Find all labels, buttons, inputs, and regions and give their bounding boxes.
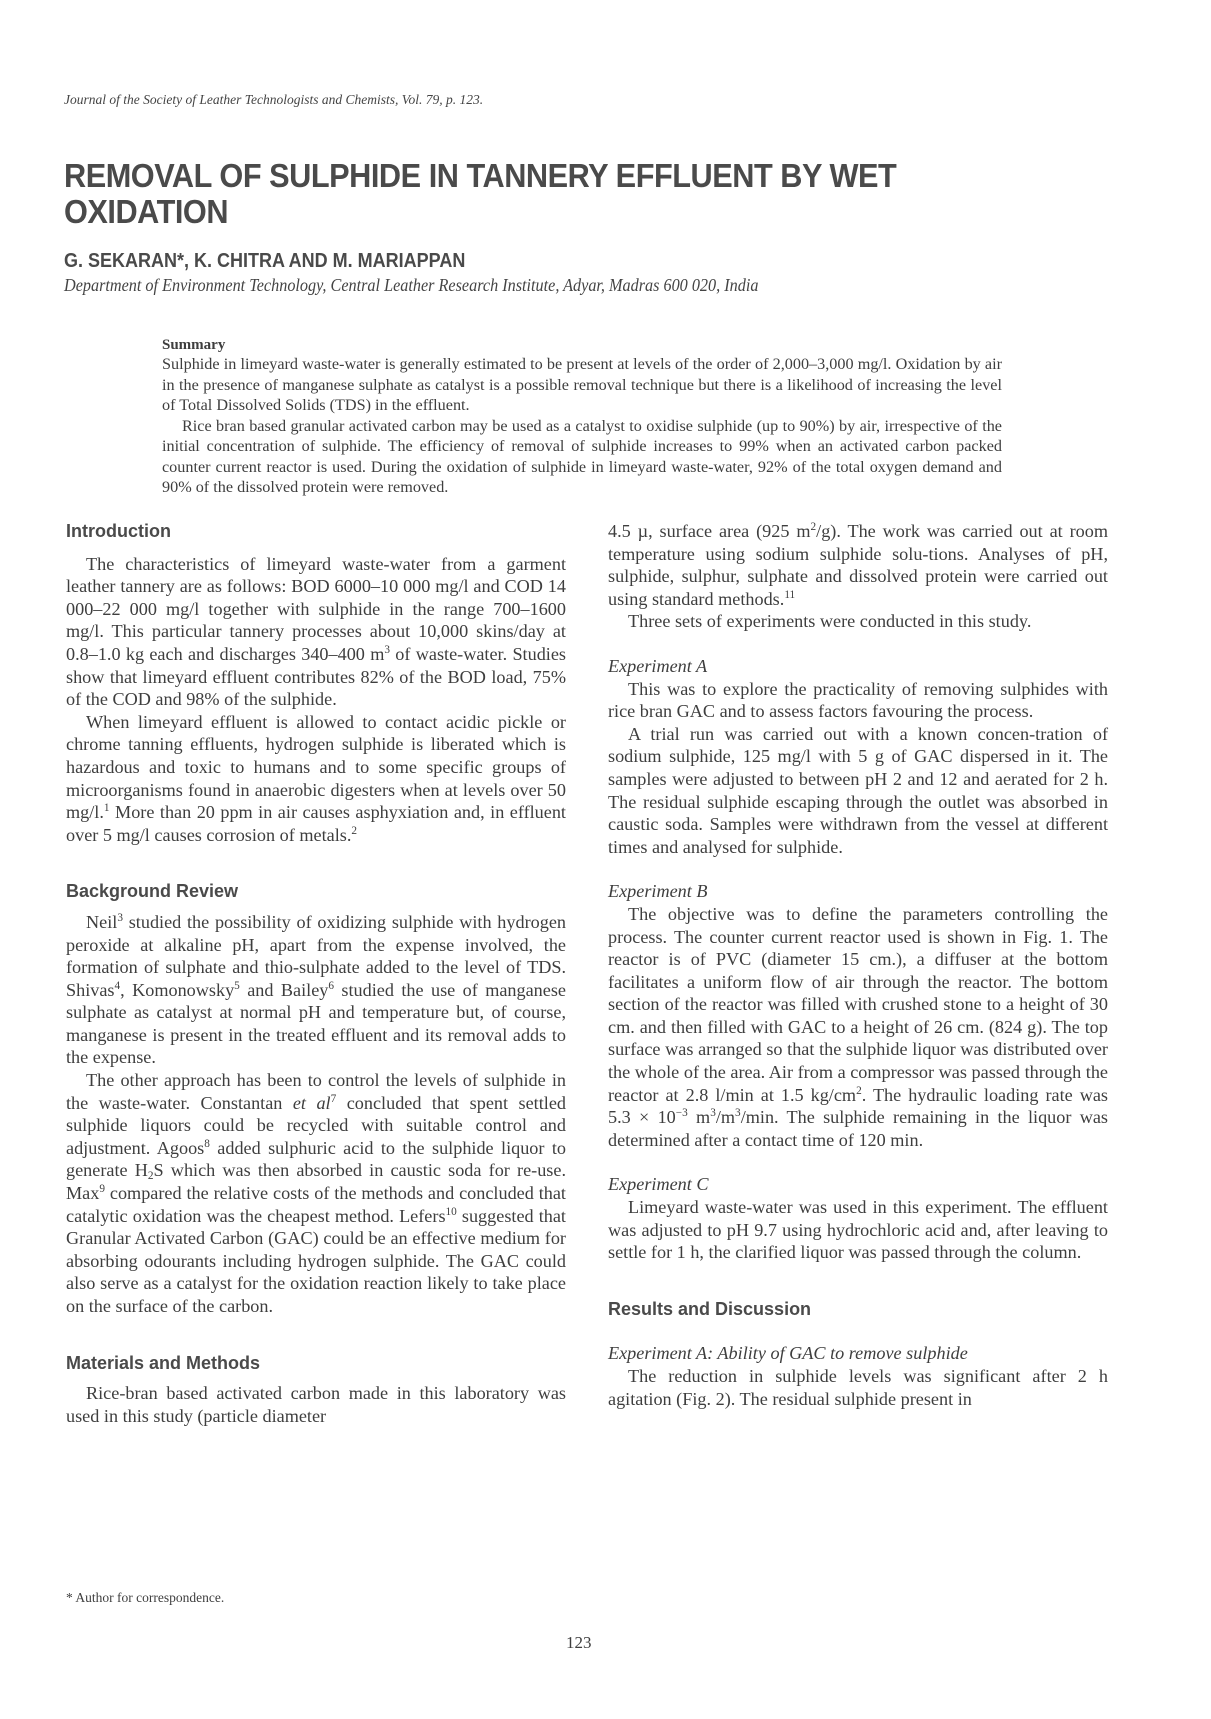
materials-heading: Materials and Methods (66, 1352, 566, 1375)
summary-section: Summary Sulphide in limeyard waste-water… (162, 336, 1002, 498)
footnote: * Author for correspondence. (66, 1590, 224, 1606)
materials-paragraph-1-continued: 4.5 µ, surface area (925 m2/g). The work… (608, 520, 1108, 610)
experiment-c-heading: Experiment C (608, 1173, 1108, 1196)
materials-paragraph-2: Three sets of experiments were conducted… (608, 610, 1108, 633)
running-head: Journal of the Society of Leather Techno… (64, 92, 483, 108)
experiment-c-paragraph-1: Limeyard waste-water was used in this ex… (608, 1196, 1108, 1264)
experiment-a-paragraph-2: A trial run was carried out with a known… (608, 723, 1108, 859)
right-column: 4.5 µ, surface area (925 m2/g). The work… (608, 520, 1108, 1410)
introduction-heading: Introduction (66, 520, 566, 543)
article-authors: G. SEKARAN*, K. CHITRA AND M. MARIAPPAN (64, 250, 465, 273)
summary-heading: Summary (162, 336, 1002, 354)
background-paragraph-2: The other approach has been to control t… (66, 1069, 566, 1318)
summary-paragraph-1: Sulphide in limeyard waste-water is gene… (162, 354, 1002, 416)
results-heading: Results and Discussion (608, 1298, 1108, 1321)
introduction-paragraph-2: When limeyard effluent is allowed to con… (66, 711, 566, 847)
article-title: REMOVAL OF SULPHIDE IN TANNERY EFFLUENT … (64, 158, 1050, 230)
experiment-b-paragraph-1: The objective was to define the paramete… (608, 903, 1108, 1152)
experiment-a-heading: Experiment A (608, 655, 1108, 678)
background-heading: Background Review (66, 880, 566, 903)
left-column: Introduction The characteristics of lime… (66, 520, 566, 1427)
background-paragraph-1: Neil3 studied the possibility of oxidizi… (66, 911, 566, 1069)
page-number: 123 (566, 1633, 592, 1653)
results-subheading: Experiment A: Ability of GAC to remove s… (608, 1342, 1108, 1365)
materials-paragraph-1-start: Rice-bran based activated carbon made in… (66, 1382, 566, 1427)
article-affiliation: Department of Environment Technology, Ce… (64, 275, 758, 296)
introduction-paragraph-1: The characteristics of limeyard waste-wa… (66, 553, 566, 711)
experiment-a-paragraph-1: This was to explore the practicality of … (608, 678, 1108, 723)
results-paragraph-1: The reduction in sulphide levels was sig… (608, 1365, 1108, 1410)
experiment-b-heading: Experiment B (608, 880, 1108, 903)
summary-paragraph-2: Rice bran based granular activated carbo… (162, 416, 1002, 498)
